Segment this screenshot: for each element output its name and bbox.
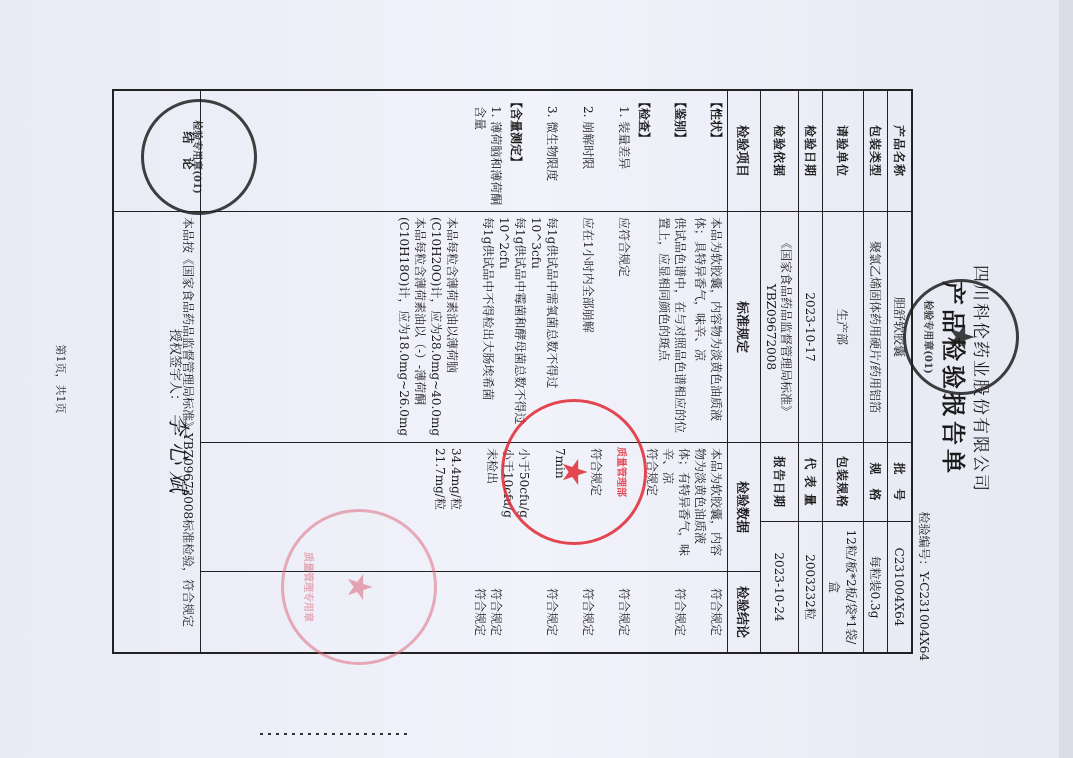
col-header-item: 检验项目 — [727, 90, 760, 212]
row-7-item: 1. 薄荷脑和薄荷酮含量 — [468, 96, 504, 206]
row-3-result: 符合规定 — [596, 577, 632, 647]
row-0-result: 符合规定 — [688, 577, 724, 647]
col-header-data: 检验数据 — [727, 443, 760, 572]
row-2-data — [604, 448, 624, 566]
row-2-result — [632, 577, 652, 647]
batch-number: C231004X64 — [887, 522, 912, 654]
requester-label: 请验单位 — [822, 90, 863, 212]
test-date-label: 检验日期 — [798, 90, 822, 212]
scan-edge — [1059, 0, 1073, 758]
company-name: 四川科伦药业股份有限公司 — [970, 29, 995, 729]
row-1-data: 符合规定 — [624, 448, 660, 566]
row-5-item: 3. 微生物限度 — [524, 96, 560, 206]
product-name-label: 产品名称 — [887, 90, 912, 212]
row-4-standard: 应在1小时内全部崩解 — [560, 217, 596, 437]
page-number: 第1页，共1页 — [53, 29, 69, 729]
row-6-standard — [460, 217, 480, 437]
package-spec-label: 包装规格 — [822, 443, 863, 522]
row-6-item: 【含量测定】 — [504, 96, 524, 206]
row-5-standard: 每1g供试品中需氧菌总数不得过10^3cfu 每1g供试品中霉菌和酵母菌总数不得… — [480, 217, 560, 437]
report-date: 2023-10-24 — [760, 522, 798, 654]
items-column: 【性状】【鉴别】【检查】1. 装量差异2. 崩解时限3. 微生物限度【含量测定】… — [200, 90, 727, 212]
col-header-result: 检验结论 — [727, 572, 760, 654]
test-report-page: 四川科伦药业股份有限公司 产品检验报告单 检验编号：Y-C231004X64 产… — [37, 29, 1037, 729]
row-7-data: 34.4mg/粒 21.7mg/粒 — [428, 448, 464, 566]
row-5-data: 小于50cfu/g 小于10cfu/g 未检出 — [484, 448, 532, 566]
row-4-data: 7min — [532, 448, 568, 566]
scan-dots — [257, 733, 407, 735]
row-7-standard: 本品每粒含薄荷素油以薄荷脑(C10H20O)计，应为28.0mg~40.0mg … — [396, 217, 460, 437]
signature-label: 授权签字人： — [167, 329, 182, 407]
report-table: 产品名称 胆舒软胶囊 批 号 C231004X64 包装类型 聚氯乙烯固体药用硬… — [112, 89, 913, 654]
signature-block: 授权签字人：李 心 斌 — [164, 329, 195, 493]
row-2-item: 【检查】 — [632, 96, 652, 206]
row-2-standard — [632, 217, 652, 437]
col-header-standard: 标准规定 — [727, 212, 760, 443]
row-3-standard: 应符合规定 — [596, 217, 632, 437]
quantity-label: 代 表 量 — [798, 443, 822, 522]
data-column: 本品为软胶囊，内容物为淡黄色油质液体；有特异香气，味辛、凉符合规定符合规定7mi… — [200, 443, 727, 572]
signature: 李 心 斌 — [165, 413, 190, 493]
row-0-data: 本品为软胶囊，内容物为淡黄色油质液体；有特异香气，味辛、凉 — [660, 448, 724, 566]
report-number: 检验编号：Y-C231004X64 — [916, 512, 933, 661]
row-6-data — [464, 448, 484, 566]
row-4-item: 2. 崩解时限 — [560, 96, 596, 206]
row-7-result: 符合规定 符合规定 — [468, 577, 504, 647]
results-column: 符合规定符合规定符合规定符合规定符合规定符合规定 符合规定 — [200, 572, 727, 654]
requester: 生产部 — [822, 212, 863, 443]
standards-column: 本品为软胶囊，内容物为淡黄色油质液体；具特异香气，味辛、凉供试品色谱中，在与对照… — [200, 212, 727, 443]
package-type-label: 包装类型 — [863, 90, 887, 212]
test-date: 2023-10-17 — [798, 212, 822, 443]
basis: 《国家食品药品监督管理局标准》YBZ09672008 — [760, 212, 798, 443]
report-title: 产品检验报告单 — [938, 29, 973, 729]
row-3-item: 1. 装量差异 — [596, 96, 632, 206]
row-5-result: 符合规定 — [524, 577, 560, 647]
batch-label: 批 号 — [887, 443, 912, 522]
row-6-result — [504, 577, 524, 647]
spec-label: 规 格 — [863, 443, 887, 522]
row-4-result: 符合规定 — [560, 577, 596, 647]
report-date-label: 报告日期 — [760, 443, 798, 522]
row-0-standard: 本品为软胶囊，内容物为淡黄色油质液体；具特异香气，味辛、凉 — [688, 217, 724, 437]
row-1-standard: 供试品色谱中，在与对照品色谱相应的位置上，应显相同颜色的斑点 — [652, 217, 688, 437]
package-type: 聚氯乙烯固体药用硬片/药用铝箔 — [863, 212, 887, 443]
package-spec: 12粒/板*2板/袋*1袋/盒 — [822, 522, 863, 654]
product-name: 胆舒软胶囊 — [887, 212, 912, 443]
conclusion-label: 结 论 — [113, 90, 201, 212]
spec: 每粒装0.3g — [863, 522, 887, 654]
basis-label: 检验依据 — [760, 90, 798, 212]
row-3-data: 符合规定 — [568, 448, 604, 566]
quantity: 2003232粒 — [798, 522, 822, 654]
row-0-item: 【性状】 — [688, 96, 724, 206]
row-1-item: 【鉴别】 — [652, 96, 688, 206]
row-1-result: 符合规定 — [652, 577, 688, 647]
